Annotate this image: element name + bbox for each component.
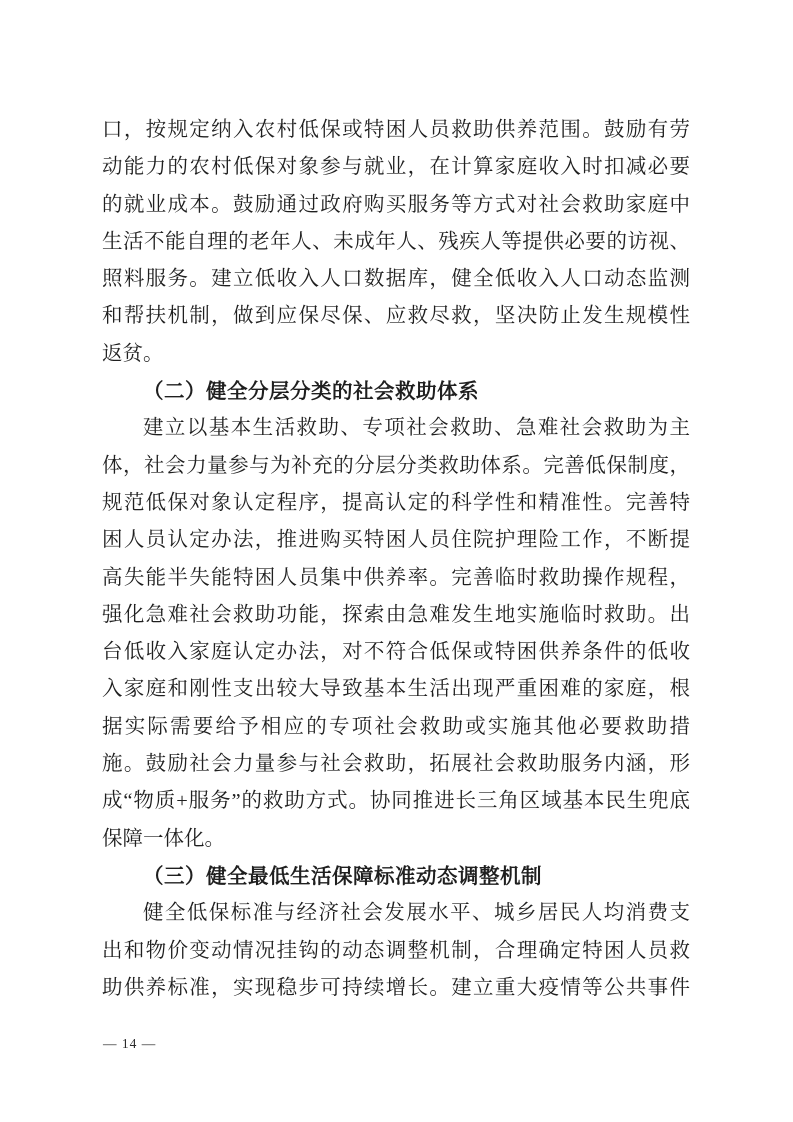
text-line: 健全低保标准与经济社会发展水平、城乡居民人均消费支 <box>102 895 690 932</box>
text-line: 的就业成本。鼓励通过政府购买服务等方式对社会救助家庭中 <box>102 187 690 224</box>
text-line: 高失能半失能特困人员集中供养率。完善临时救助操作规程， <box>102 560 690 597</box>
text-line: 出和物价变动情况挂钩的动态调整机制，合理确定特困人员救 <box>102 933 690 970</box>
text-line: 助供养标准，实现稳步可持续增长。建立重大疫情等公共事件 <box>102 970 690 1007</box>
text-line: 动能力的农村低保对象参与就业，在计算家庭收入时扣减必要 <box>102 149 690 186</box>
text-line: 施。鼓励社会力量参与社会救助，拓展社会救助服务内涵，形 <box>102 746 690 783</box>
text-line: 台低收入家庭认定办法，对不符合低保或特困供养条件的低收 <box>102 634 690 671</box>
text-line: 和帮扶机制，做到应保尽保、应救尽救，坚决防止发生规模性 <box>102 298 690 335</box>
section-heading: （三）健全最低生活保障标准动态调整机制 <box>102 858 690 895</box>
text-line: 规范低保对象认定程序，提高认定的科学性和精准性。完善特 <box>102 485 690 522</box>
text-line: 建立以基本生活救助、专项社会救助、急难社会救助为主 <box>102 410 690 447</box>
page-text-block: 口，按规定纳入农村低保或特困人员救助供养范围。鼓励有劳 动能力的农村低保对象参与… <box>102 112 690 1007</box>
text-line: 成“物质+服务”的救助方式。协同推进长三角区域基本民生兜底 <box>102 783 690 820</box>
text-line: 体，社会力量参与为补充的分层分类救助体系。完善低保制度， <box>102 448 690 485</box>
document-page: 口，按规定纳入农村低保或特困人员救助供养范围。鼓励有劳 动能力的农村低保对象参与… <box>0 0 793 1122</box>
text-line: 口，按规定纳入农村低保或特困人员救助供养范围。鼓励有劳 <box>102 112 690 149</box>
page-number: — 14 — <box>103 1036 156 1052</box>
text-line: 返贫。 <box>102 336 690 373</box>
text-line: 保障一体化。 <box>102 821 690 858</box>
text-line: 入家庭和刚性支出较大导致基本生活出现严重困难的家庭，根 <box>102 671 690 708</box>
text-line: 照料服务。建立低收入人口数据库，健全低收入人口动态监测 <box>102 261 690 298</box>
section-heading: （二）健全分层分类的社会救助体系 <box>102 373 690 410</box>
text-line: 生活不能自理的老年人、未成年人、残疾人等提供必要的访视、 <box>102 224 690 261</box>
text-line: 据实际需要给予相应的专项社会救助或实施其他必要救助措 <box>102 709 690 746</box>
text-line: 强化急难社会救助功能，探索由急难发生地实施临时救助。出 <box>102 597 690 634</box>
text-line: 困人员认定办法，推进购买特困人员住院护理险工作，不断提 <box>102 522 690 559</box>
